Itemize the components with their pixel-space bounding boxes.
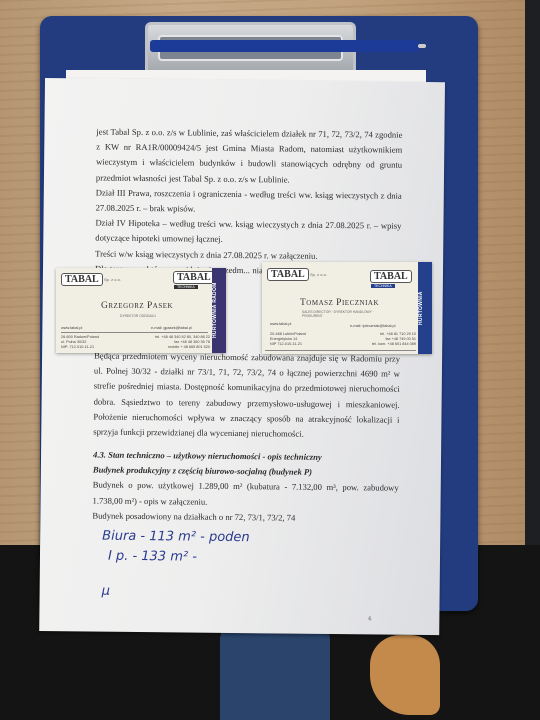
card-email: e-mail: tpieczniak@tabal.pl [350,324,395,329]
pen-tip [418,44,426,48]
business-card-grzegorz-pasek: TABAL Sp. z o.o. TABAL TECHNIKA HURTOWNI… [56,268,226,353]
card-website: www.tabal.pl [61,326,82,331]
card-name: Tomasz Pieczniak [300,298,379,308]
technika-label: TECHNIKA [371,284,395,288]
paragraph: jest Tabal Sp. z o.o. z/s w Lublinie, za… [96,125,403,189]
card-address: 26-600 Radom/Polandul. Polna 30/32NIP: 7… [61,335,99,350]
paragraph: Budynek posadowiony na działkach o nr 72… [92,508,398,526]
card-phones: tel. +48 48 340 52 80, 340 86 22fax +48 … [136,335,210,350]
location-section: Będąca przedmiotem wyceny nieruchomość z… [93,349,400,443]
card-name: Grzegorz Pasek [101,301,173,311]
company-suffix: Sp. z o.o. [310,272,327,277]
person-leg [220,620,330,720]
technika-label: TECHNIKA [174,285,198,289]
technical-section: 4.3. Stan techniczno – użytkowy nierucho… [92,448,399,527]
card-stripe: HURTOWNIA [418,262,432,354]
handwritten-note: I p. - 133 m² - [108,549,197,565]
tabal-logo: TABAL [267,268,309,281]
card-phones: tel. +48 81 710 29 10fax +48 749 00 51te… [342,332,416,347]
document-page: jest Tabal Sp. z o.o. z/s w Lublinie, za… [39,78,445,635]
card-email: e-mail: gpasek@tabal.pl [151,326,192,331]
card-address: 20-468 Lublin/PolandEnergetyków 14NIP 71… [270,332,306,347]
paragraph: Budynek o pow. użytkowej 1.289,00 m² (ku… [92,478,398,512]
company-suffix: Sp. z o.o. [104,277,121,282]
handwritten-note: μ [102,584,110,599]
tabal-logo: TABAL [61,273,103,286]
pen [150,40,420,52]
card-stripe: HURTOWNIA RADOM [212,268,226,353]
paragraph: Dział III Prawa, roszczenia i ograniczen… [96,185,402,219]
paragraph: Będąca przedmiotem wyceny nieruchomość z… [93,349,400,443]
card-role: DYREKTOR ODDZIAŁU [120,314,156,318]
handwritten-note: Biura - 113 m² - poden [102,529,250,546]
card-website: www.tabal.pl [270,322,291,327]
business-card-tomasz-pieczniak: TABAL Sp. z o.o. TABAL TECHNIKA HURTOWNI… [262,262,432,354]
page-number: 6 [368,616,371,622]
paragraph: Dział IV Hipoteka – według treści ww. ks… [95,216,401,250]
tabal-technika-logo: TABAL [173,271,215,284]
tabal-technika-logo: TABAL [370,270,412,283]
person-hand [370,635,440,715]
card-role: SALES DIRECTOR · DYREKTOR HANDLOWY · PRO… [302,310,382,318]
